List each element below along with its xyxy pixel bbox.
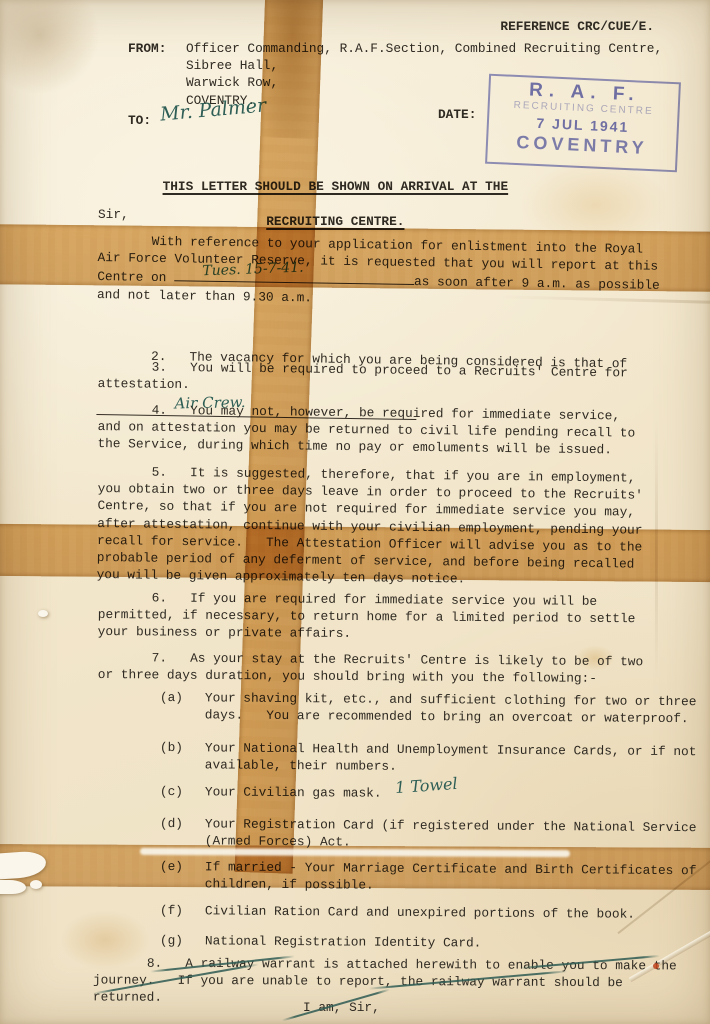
item-f-text: Civilian Ration Card and unexpired porti…	[205, 902, 710, 923]
edge-hole	[38, 610, 48, 617]
to-name-handwritten: Mr. Palmer	[159, 94, 267, 125]
tape-strip-horizontal-1	[0, 224, 710, 292]
tape-wrinkle	[260, 0, 323, 139]
paper-stain	[0, 0, 100, 95]
item-f-label: (f)	[160, 902, 205, 920]
item-g: (g) National Registration Identity Card.	[160, 932, 710, 954]
paragraph-8: 8. A railway warrant is attached herewit…	[93, 954, 698, 1009]
edge-hole	[30, 880, 42, 889]
item-c-label: (c)	[160, 783, 205, 801]
to-label: TO:	[128, 112, 151, 129]
raf-recruiting-stamp: R. A. F. RECRUITING CENTRE 7 JUL 1941 CO…	[485, 74, 681, 173]
paragraph-6: 6. If you are required for immediate ser…	[98, 589, 698, 645]
tape-strip-horizontal-2	[0, 524, 710, 582]
ink-spot	[653, 963, 659, 969]
salutation: Sir,	[98, 206, 129, 223]
paragraph-7: 7. As your stay at the Recruits' Centre …	[98, 649, 698, 688]
edge-tear	[0, 880, 26, 894]
paragraph-4: 4. You may not, however, be required for…	[97, 401, 698, 460]
letter-document: REFERENCE CRC/CUE/E. FROM: Officer Comma…	[0, 0, 710, 1024]
item-b-label: (b)	[160, 739, 205, 774]
reference-line: REFERENCE CRC/CUE/E.	[500, 18, 654, 35]
date-label: DATE:	[438, 106, 476, 123]
item-g-text: National Registration Identity Card.	[205, 932, 710, 953]
item-f: (f) Civilian Ration Card and unexpired p…	[160, 902, 710, 924]
item-g-label: (g)	[160, 932, 205, 950]
from-label: FROM:	[128, 40, 166, 57]
heading-line-1: THIS LETTER SHOULD BE SHOWN ON ARRIVAL A…	[163, 179, 509, 194]
item-a-label: (a)	[160, 689, 205, 724]
paragraph-3: 3. You will be required to proceed to a …	[98, 358, 698, 400]
